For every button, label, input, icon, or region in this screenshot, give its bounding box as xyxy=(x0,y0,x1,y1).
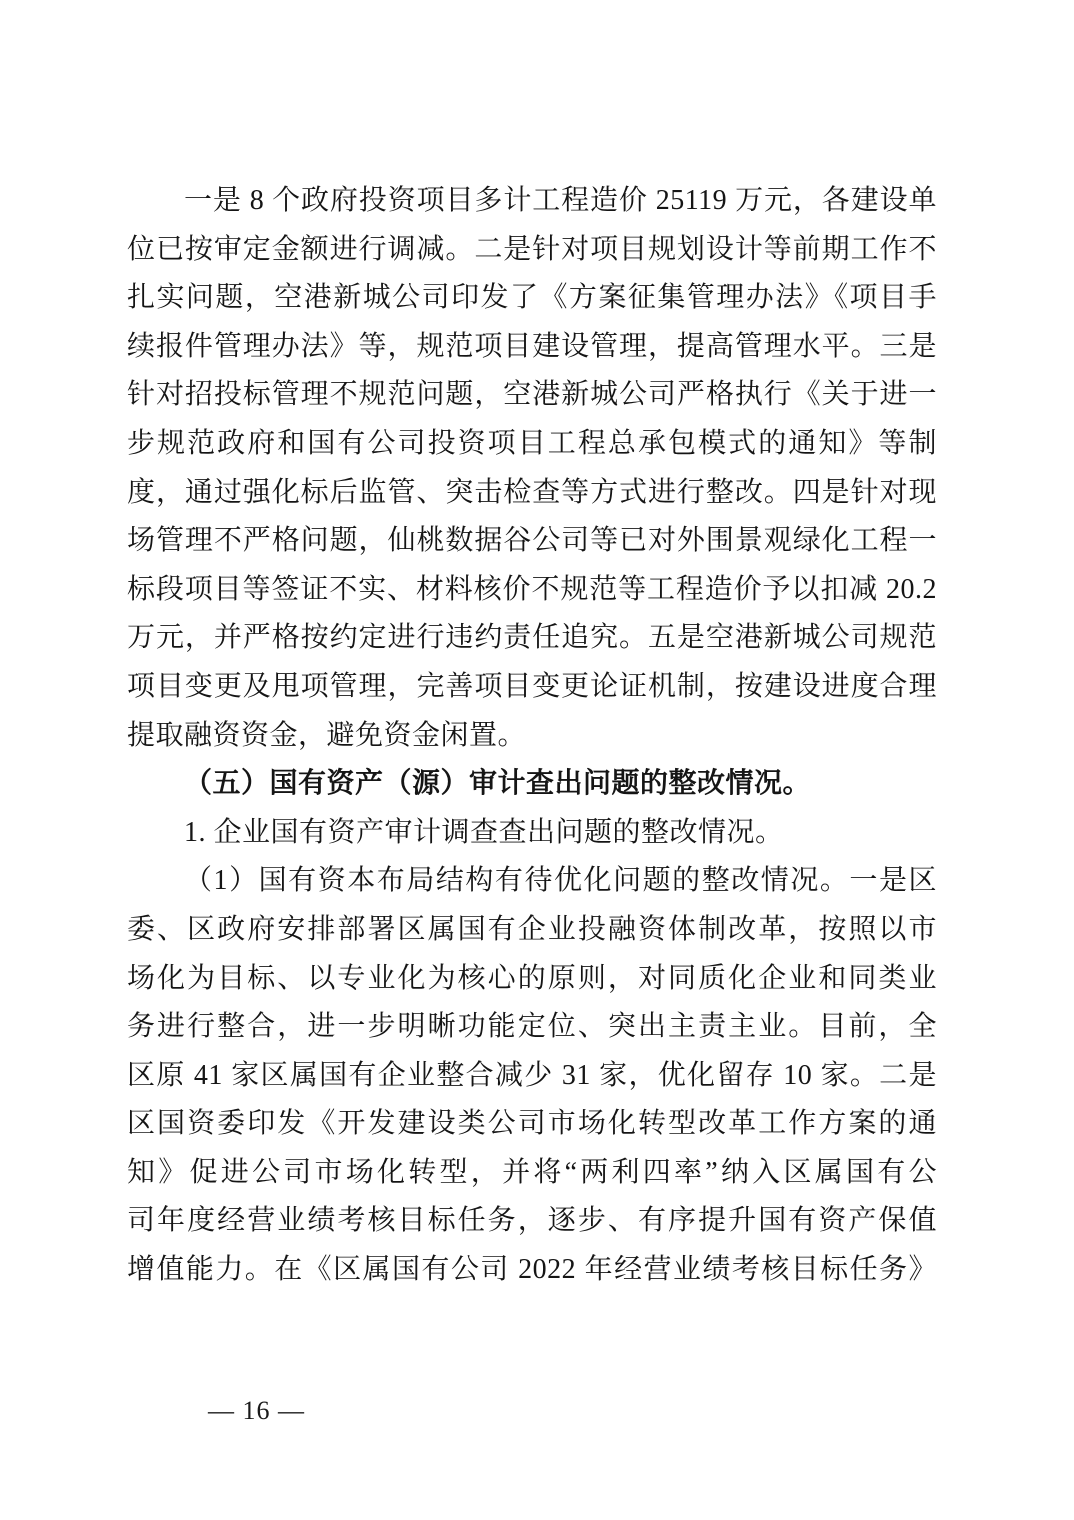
text-line: 区原 41 家区属国有企业整合减少 31 家，优化留存 10 家。二是 xyxy=(127,1052,937,1101)
text-line: 场管理不严格问题，仙桃数据谷公司等已对外围景观绿化工程一 xyxy=(127,517,937,566)
text-line: 万元，并严格按约定进行违约责任追究。五是空港新城公司规范 xyxy=(127,614,937,663)
text-line: 步规范政府和国有公司投资项目工程总承包模式的通知》等制 xyxy=(127,420,937,469)
text-line: 度，通过强化标后监管、突击检查等方式进行整改。四是针对现 xyxy=(127,469,937,518)
text-line: 扎实问题，空港新城公司印发了《方案征集管理办法》《项目手 xyxy=(127,274,937,323)
text-line: 司年度经营业绩考核目标任务，逐步、有序提升国有资产保值 xyxy=(127,1197,937,1246)
text-line: （1）国有资本布局结构有待优化问题的整改情况。一是区 xyxy=(127,857,937,906)
text-line: 知》促进公司市场化转型，并将“两利四率”纳入区属国有公 xyxy=(127,1149,937,1198)
text-line: 场化为目标、以专业化为核心的原则，对同质化企业和同类业 xyxy=(127,955,937,1004)
text-line: 续报件管理办法》等，规范项目建设管理，提高管理水平。三是 xyxy=(127,323,937,372)
text-line: 针对招投标管理不规范问题，空港新城公司严格执行《关于进一 xyxy=(127,371,937,420)
text-line: 标段项目等签证不实、材料核价不规范等工程造价予以扣减 20.2 xyxy=(127,566,937,615)
text-line: 区国资委印发《开发建设类公司市场化转型改革工作方案的通 xyxy=(127,1100,937,1149)
text-line: 项目变更及甩项管理，完善项目变更论证机制，按建设进度合理 xyxy=(127,663,937,712)
document-page: 一是 8 个政府投资项目多计工程造价 25119 万元，各建设单位已按审定金额进… xyxy=(0,0,1074,1520)
page-number: — 16 — xyxy=(208,1396,305,1426)
text-line: 增值能力。在《区属国有公司 2022 年经营业绩考核目标任务》 xyxy=(127,1246,937,1295)
document-body: 一是 8 个政府投资项目多计工程造价 25119 万元，各建设单位已按审定金额进… xyxy=(127,177,937,1295)
text-line: 委、区政府安排部署区属国有企业投融资体制改革，按照以市 xyxy=(127,906,937,955)
text-line: 位已按审定金额进行调减。二是针对项目规划设计等前期工作不 xyxy=(127,226,937,275)
text-line: 提取融资资金，避免资金闲置。 xyxy=(127,712,937,761)
text-line: 1. 企业国有资产审计调查查出问题的整改情况。 xyxy=(127,809,937,858)
text-line: 务进行整合，进一步明晰功能定位、突出主责主业。目前，全 xyxy=(127,1003,937,1052)
text-line: 一是 8 个政府投资项目多计工程造价 25119 万元，各建设单 xyxy=(127,177,937,226)
text-line: （五）国有资产（源）审计查出问题的整改情况。 xyxy=(127,760,937,809)
